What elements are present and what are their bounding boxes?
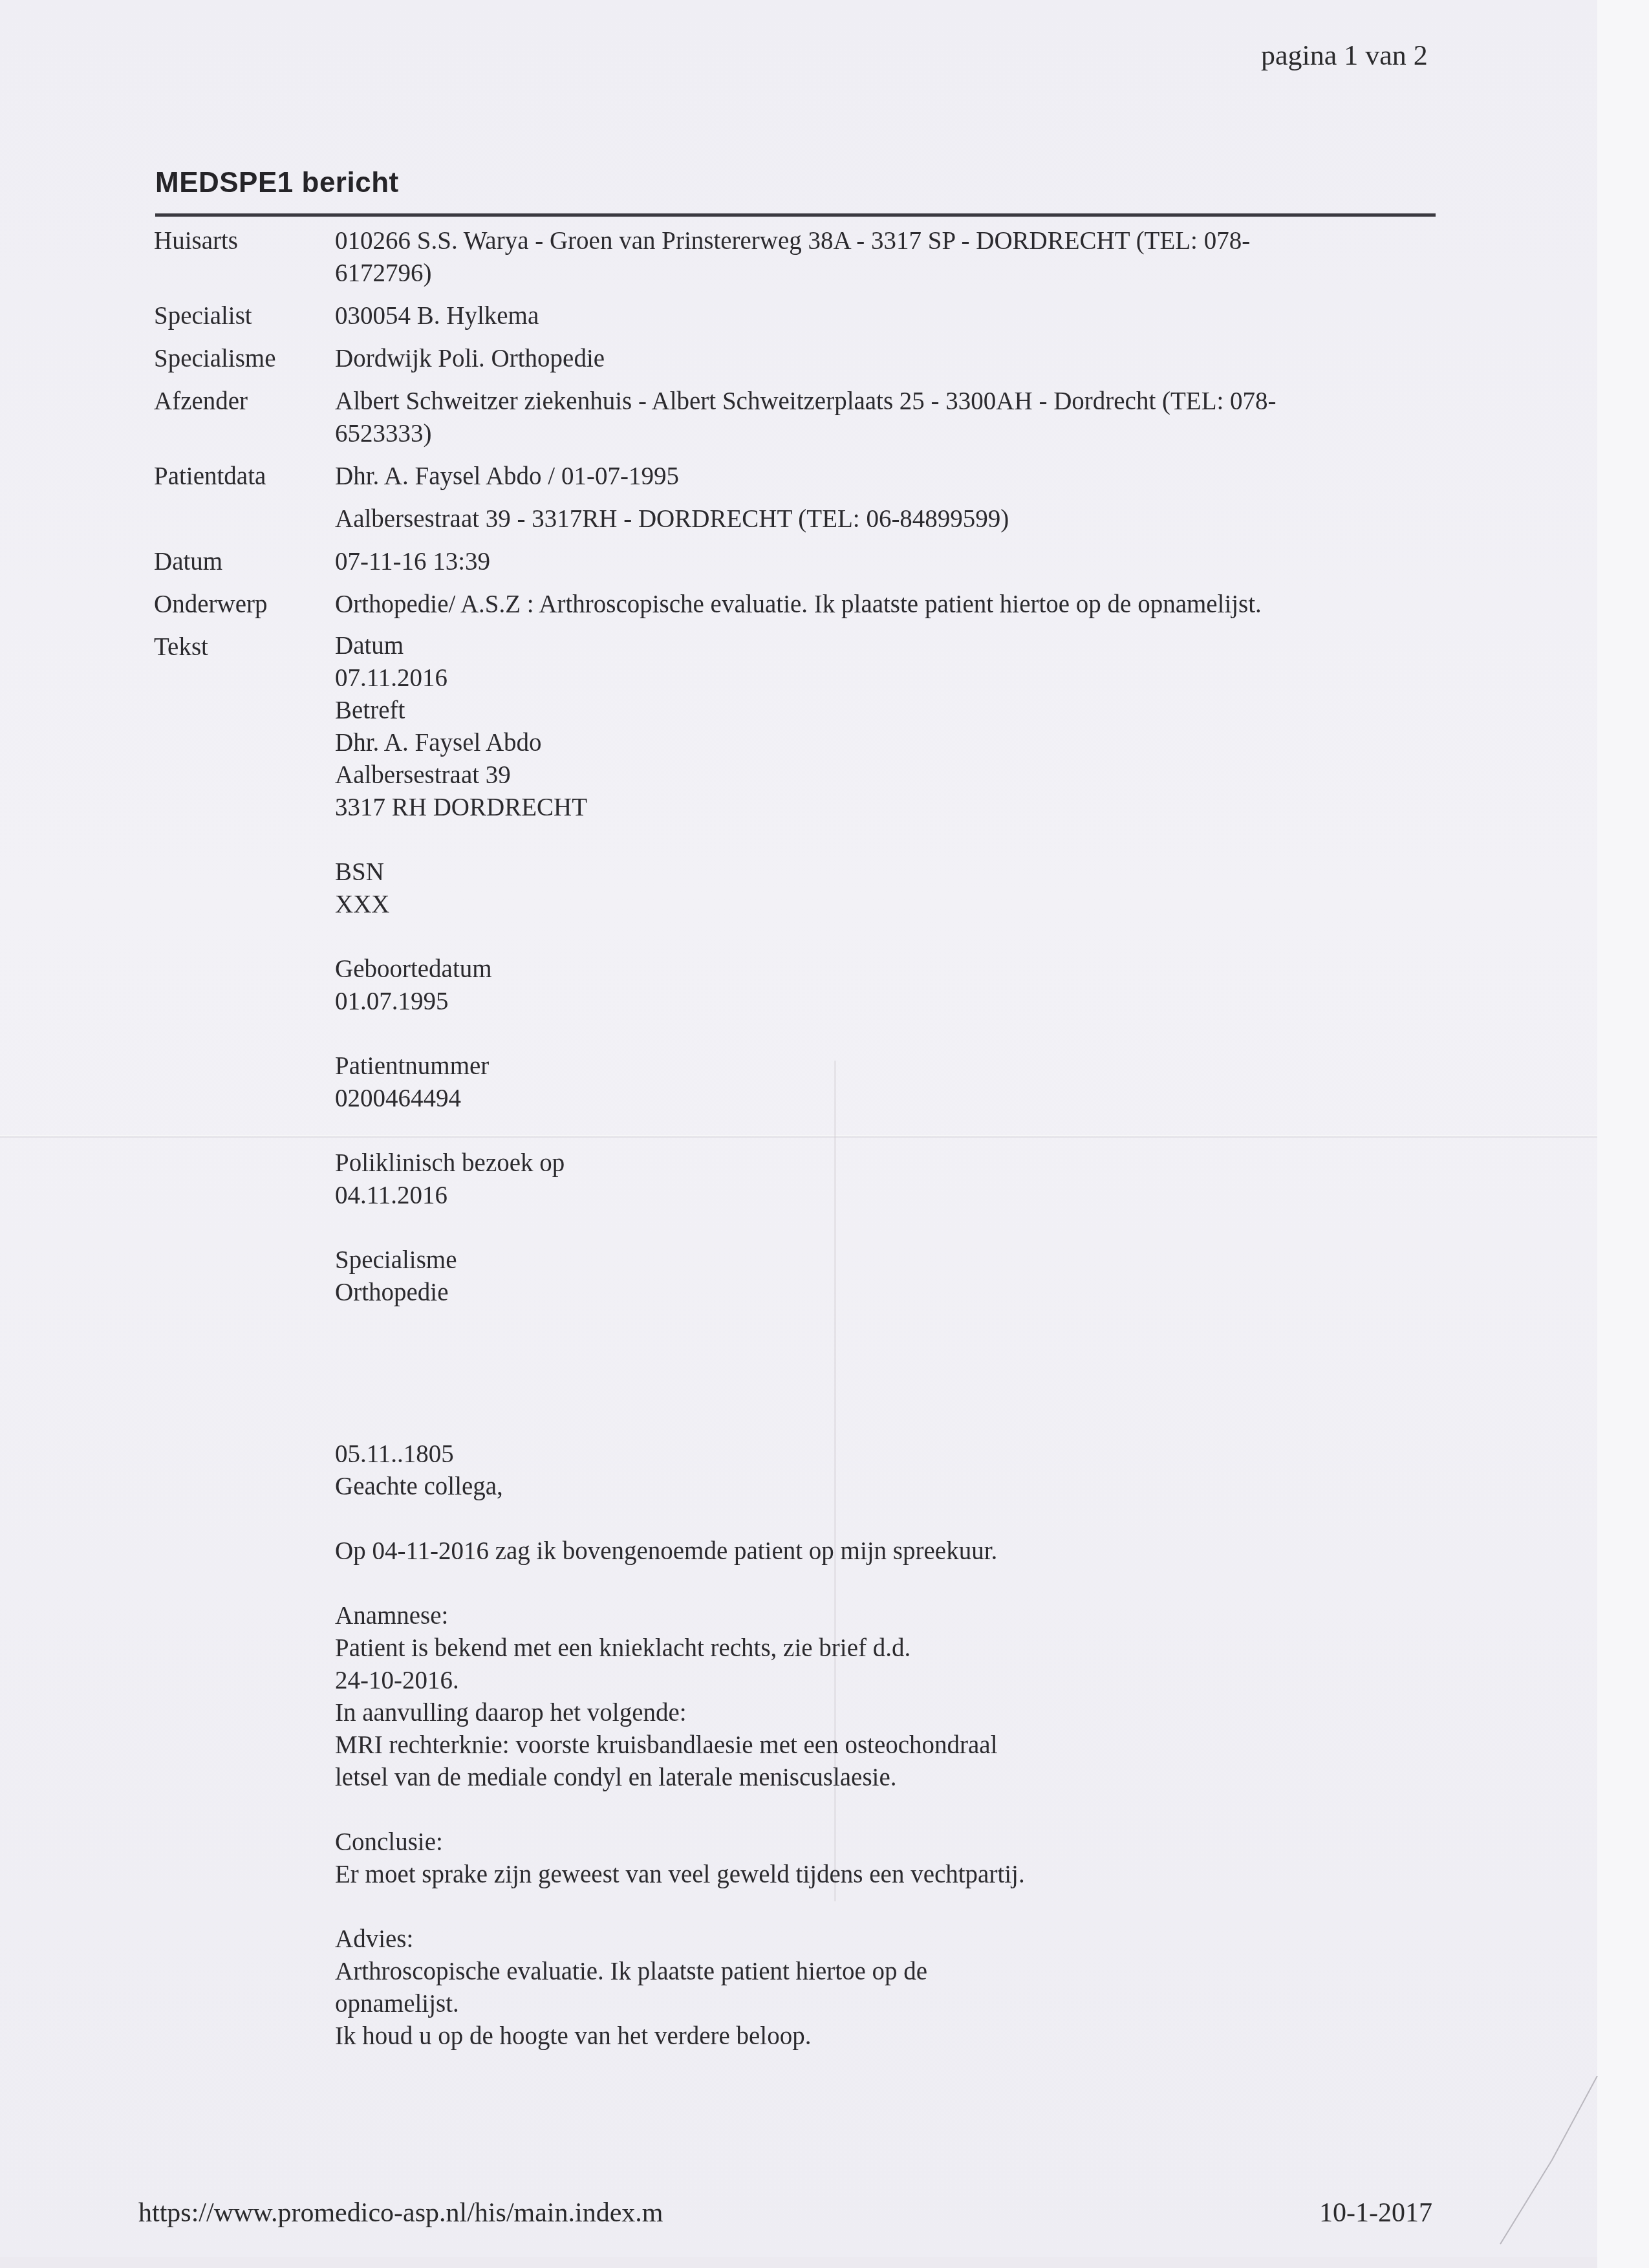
letter-line: 0200464494 [335, 1083, 1447, 1115]
letter-line: MRI rechterknie: voorste kruisbandlaesie… [335, 1729, 1447, 1762]
letter-line: Geachte collega, [335, 1471, 1447, 1503]
letter-line: 04.11.2016 [335, 1180, 1447, 1212]
letter-line: Geboortedatum [335, 953, 1447, 986]
field-datum: Datum 07-11-16 13:39 [154, 546, 1447, 578]
field-label: Datum [154, 546, 335, 578]
field-huisarts: Huisarts 010266 S.S. Warya - Groen van P… [154, 225, 1447, 290]
field-value: Dordwijk Poli. Orthopedie [335, 343, 1447, 375]
letter-line: 3317 RH DORDRECHT [335, 792, 1447, 824]
field-patient-address: Aalbersestraat 39 - 3317RH - DORDRECHT (… [154, 503, 1447, 535]
letter-line: Er moet sprake zijn geweest van veel gew… [335, 1859, 1447, 1891]
letter-line: Anamnese: [335, 1600, 1447, 1632]
letter-line [335, 1891, 1447, 1923]
field-value: 030054 B. Hylkema [335, 300, 1447, 332]
letter-line: Dhr. A. Faysel Abdo [335, 727, 1447, 759]
letter-line: XXX [335, 889, 1447, 921]
scan-edge [1597, 0, 1649, 2268]
field-value: 07-11-16 13:39 [335, 546, 1447, 578]
field-label: Huisarts [154, 225, 335, 290]
letter-line: Arthroscopische evaluatie. Ik plaatste p… [335, 1956, 1447, 1988]
letter-line [335, 1374, 1447, 1406]
letter-line [335, 824, 1447, 856]
letter-body: Datum07.11.2016BetreftDhr. A. Faysel Abd… [335, 630, 1447, 2053]
letter-line [335, 1018, 1447, 1050]
letter-line: Op 04-11-2016 zag ik bovengenoemde patie… [335, 1535, 1447, 1568]
letter-line: BSN [335, 856, 1447, 889]
field-patientdata: Patientdata Dhr. A. Faysel Abdo / 01-07-… [154, 460, 1447, 493]
field-label: Tekst [154, 631, 335, 2053]
letter-line [335, 1309, 1447, 1341]
field-label: Patientdata [154, 460, 335, 493]
letter-line: Patientnummer [335, 1050, 1447, 1083]
letter-line [335, 1794, 1447, 1826]
letter-line: Datum [335, 630, 1447, 662]
field-label: Afzender [154, 385, 335, 450]
letter-line: Patient is bekend met een knieklacht rec… [335, 1632, 1447, 1665]
message-fields: Huisarts 010266 S.S. Warya - Groen van P… [154, 225, 1447, 2063]
field-value: Orthopedie/ A.S.Z : Arthroscopische eval… [335, 589, 1447, 621]
letter-line: Poliklinisch bezoek op [335, 1147, 1447, 1180]
letter-line: 01.07.1995 [335, 986, 1447, 1018]
letter-line: letsel van de mediale condyl en laterale… [335, 1762, 1447, 1794]
letter-line: opnamelijst. [335, 1988, 1447, 2020]
letter-line: 07.11.2016 [335, 662, 1447, 695]
letter-line [335, 1503, 1447, 1535]
letter-line [335, 1341, 1447, 1374]
field-specialisme: Specialisme Dordwijk Poli. Orthopedie [154, 343, 1447, 375]
title-divider [155, 213, 1436, 217]
letter-line: Specialisme [335, 1244, 1447, 1277]
footer-print-date: 10-1-2017 [1319, 2198, 1432, 2229]
page-number: pagina 1 van 2 [1261, 39, 1428, 72]
field-afzender: Afzender Albert Schweitzer ziekenhuis - … [154, 385, 1447, 450]
field-label: Specialisme [154, 343, 335, 375]
letter-line [335, 921, 1447, 953]
field-label: Onderwerp [154, 589, 335, 621]
letter-line: Orthopedie [335, 1277, 1447, 1309]
letter-line [335, 1115, 1447, 1147]
field-onderwerp: Onderwerp Orthopedie/ A.S.Z : Arthroscop… [154, 589, 1447, 621]
field-value: Dhr. A. Faysel Abdo / 01-07-1995 [335, 460, 1447, 493]
field-tekst: Tekst Datum07.11.2016BetreftDhr. A. Fays… [154, 631, 1447, 2053]
dog-ear-corner [1487, 2076, 1604, 2257]
field-label [154, 503, 335, 535]
letter-line: Aalbersestraat 39 [335, 759, 1447, 792]
letter-line: 05.11..1805 [335, 1438, 1447, 1471]
footer-url: https://www.promedico-asp.nl/his/main.in… [138, 2198, 663, 2229]
letter-line [335, 1568, 1447, 1600]
letter-line: Ik houd u op de hoogte van het verdere b… [335, 2020, 1447, 2053]
letter-line [335, 1406, 1447, 1438]
field-label: Specialist [154, 300, 335, 332]
letter-line: Conclusie: [335, 1826, 1447, 1859]
letter-line: Betreft [335, 695, 1447, 727]
letter-line: 24-10-2016. [335, 1665, 1447, 1697]
document-title: MEDSPE1 bericht [155, 167, 399, 199]
letter-line: Advies: [335, 1923, 1447, 1956]
field-value: Albert Schweitzer ziekenhuis - Albert Sc… [335, 385, 1447, 450]
field-value: Aalbersestraat 39 - 3317RH - DORDRECHT (… [335, 503, 1447, 535]
field-specialist: Specialist 030054 B. Hylkema [154, 300, 1447, 332]
field-value: 010266 S.S. Warya - Groen van Prinsterer… [335, 225, 1447, 290]
letter-line [335, 1212, 1447, 1244]
letter-line: In aanvulling daarop het volgende: [335, 1697, 1447, 1729]
